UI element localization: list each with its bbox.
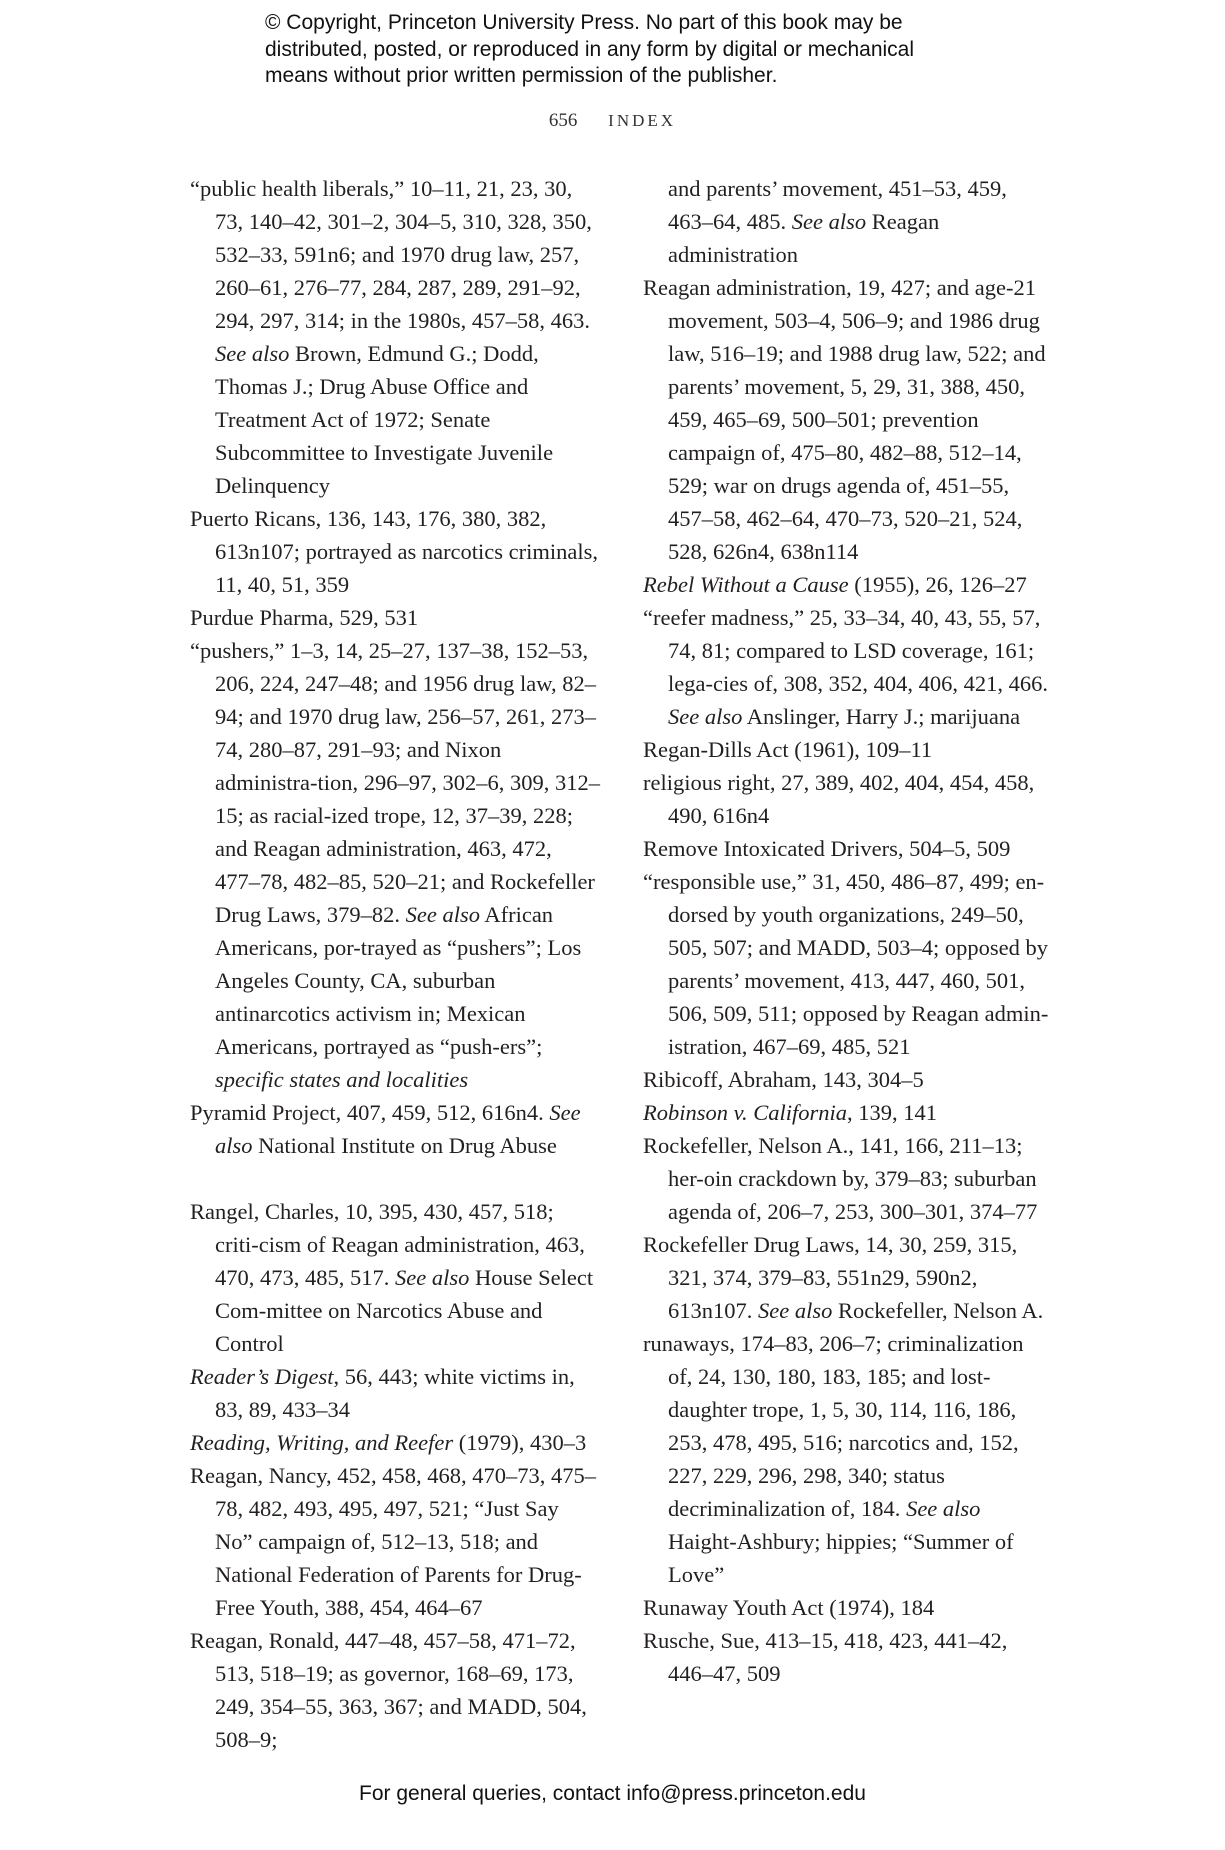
index-entry-purdue-pharma: Purdue Pharma, 529, 531 — [190, 601, 600, 634]
entry-text: Rockefeller, Nelson A. — [832, 1298, 1043, 1323]
entry-text: “pushers,” 1–3, 14, 25–27, 137–38, 152–5… — [190, 638, 600, 927]
index-entry-ribicoff-abraham: Ribicoff, Abraham, 143, 304–5 — [643, 1063, 1053, 1096]
section-gap — [190, 1162, 600, 1195]
index-entry-rangel-charles: Rangel, Charles, 10, 395, 430, 457, 518;… — [190, 1195, 600, 1360]
index-column-right: and parents’ movement, 451–53, 459, 463–… — [643, 172, 1053, 1690]
entry-text: Purdue Pharma, 529, 531 — [190, 605, 418, 630]
entry-text: (1955), 26, 126–27 — [849, 572, 1027, 597]
index-entry-pyramid-project: Pyramid Project, 407, 459, 512, 616n4. S… — [190, 1096, 600, 1162]
footer-contact: For general queries, contact info@press.… — [0, 1782, 1225, 1806]
italic-text: Rebel Without a Cause — [643, 572, 849, 597]
index-entry-pushers: “pushers,” 1–3, 14, 25–27, 137–38, 152–5… — [190, 634, 600, 1096]
italic-text: Reader’s Digest — [190, 1364, 334, 1389]
entry-text: runaways, 174–83, 206–7; criminalization… — [643, 1331, 1024, 1521]
index-column-left: “public health liberals,” 10–11, 21, 23,… — [190, 172, 600, 1756]
index-entry-remove-intoxicated-drivers: Remove Intoxicated Drivers, 504–5, 509 — [643, 832, 1053, 865]
entry-text: Haight-Ashbury; hippies; “Summer of Love… — [668, 1529, 1014, 1587]
copyright-line: means without prior written permission o… — [265, 63, 1025, 90]
entry-text: Reagan administration, 19, 427; and age-… — [643, 275, 1046, 564]
italic-text: See also — [395, 1265, 469, 1290]
entry-text: (1979), 430–3 — [453, 1430, 586, 1455]
index-entry-rockefeller-drug-laws: Rockefeller Drug Laws, 14, 30, 259, 315,… — [643, 1228, 1053, 1327]
italic-text: Reading, Writing, and Reefer — [190, 1430, 453, 1455]
index-entry-reagan-ronald-cont: and parents’ movement, 451–53, 459, 463–… — [643, 172, 1053, 271]
index-entry-rebel-without-a-cause: Rebel Without a Cause (1955), 26, 126–27 — [643, 568, 1053, 601]
italic-text: See also — [668, 704, 742, 729]
index-entry-reagan-ronald: Reagan, Ronald, 447–48, 457–58, 471–72, … — [190, 1624, 600, 1756]
italic-text: See also — [758, 1298, 832, 1323]
entry-text: Regan-Dills Act (1961), 109–11 — [643, 737, 932, 762]
running-head: 656 INDEX — [0, 110, 1225, 132]
index-entry-rusche-sue: Rusche, Sue, 413–15, 418, 423, 441–42, 4… — [643, 1624, 1053, 1690]
italic-text: See also — [906, 1496, 980, 1521]
copyright-notice: © Copyright, Princeton University Press.… — [265, 10, 1025, 90]
copyright-line: distributed, posted, or reproduced in an… — [265, 37, 1025, 64]
entry-text: Reagan, Nancy, 452, 458, 468, 470–73, 47… — [190, 1463, 596, 1620]
entry-text: Rockefeller, Nelson A., 141, 166, 211–13… — [643, 1133, 1037, 1224]
section-title: INDEX — [608, 111, 676, 130]
index-entry-reagan-administration: Reagan administration, 19, 427; and age-… — [643, 271, 1053, 568]
entry-text: “responsible use,” 31, 450, 486–87, 499;… — [643, 869, 1048, 1059]
entry-text: Remove Intoxicated Drivers, 504–5, 509 — [643, 836, 1010, 861]
index-entry-rockefeller-nelson: Rockefeller, Nelson A., 141, 166, 211–13… — [643, 1129, 1053, 1228]
index-entry-runaways: runaways, 174–83, 206–7; criminalization… — [643, 1327, 1053, 1591]
index-entry-reagan-nancy: Reagan, Nancy, 452, 458, 468, 470–73, 47… — [190, 1459, 600, 1624]
index-entry-runaway-youth-act: Runaway Youth Act (1974), 184 — [643, 1591, 1053, 1624]
italic-text: Robinson v. California — [643, 1100, 847, 1125]
index-entry-public-health-liberals: “public health liberals,” 10–11, 21, 23,… — [190, 172, 600, 502]
entry-text: “reefer madness,” 25, 33–34, 40, 43, 55,… — [643, 605, 1048, 696]
copyright-line: © Copyright, Princeton University Press.… — [265, 10, 1025, 37]
index-entry-responsible-use: “responsible use,” 31, 450, 486–87, 499;… — [643, 865, 1053, 1063]
entry-text: , 139, 141 — [847, 1100, 937, 1125]
entry-text: “public health liberals,” 10–11, 21, 23,… — [190, 176, 592, 333]
italic-text: See also — [406, 902, 480, 927]
index-entry-reading-writing-reefer: Reading, Writing, and Reefer (1979), 430… — [190, 1426, 600, 1459]
entry-text: Ribicoff, Abraham, 143, 304–5 — [643, 1067, 924, 1092]
index-entry-religious-right: religious right, 27, 389, 402, 404, 454,… — [643, 766, 1053, 832]
entry-text: Pyramid Project, 407, 459, 512, 616n4. — [190, 1100, 549, 1125]
entry-text: Rusche, Sue, 413–15, 418, 423, 441–42, 4… — [643, 1628, 1007, 1686]
italic-text: See also — [792, 209, 866, 234]
entry-text: religious right, 27, 389, 402, 404, 454,… — [643, 770, 1034, 828]
page-number: 656 — [549, 110, 578, 131]
index-entry-regan-dills-act: Regan-Dills Act (1961), 109–11 — [643, 733, 1053, 766]
entry-text: Runaway Youth Act (1974), 184 — [643, 1595, 934, 1620]
italic-text: See also — [215, 341, 289, 366]
italic-text: specific states and localities — [215, 1067, 468, 1092]
entry-text: Puerto Ricans, 136, 143, 176, 380, 382, … — [190, 506, 598, 597]
index-entry-robinson-v-california: Robinson v. California, 139, 141 — [643, 1096, 1053, 1129]
entry-text: Reagan, Ronald, 447–48, 457–58, 471–72, … — [190, 1628, 587, 1752]
index-entry-reefer-madness: “reefer madness,” 25, 33–34, 40, 43, 55,… — [643, 601, 1053, 733]
index-entry-puerto-ricans: Puerto Ricans, 136, 143, 176, 380, 382, … — [190, 502, 600, 601]
entry-text: Anslinger, Harry J.; marijuana — [742, 704, 1020, 729]
index-entry-readers-digest: Reader’s Digest, 56, 443; white victims … — [190, 1360, 600, 1426]
entry-text: National Institute on Drug Abuse — [253, 1133, 557, 1158]
